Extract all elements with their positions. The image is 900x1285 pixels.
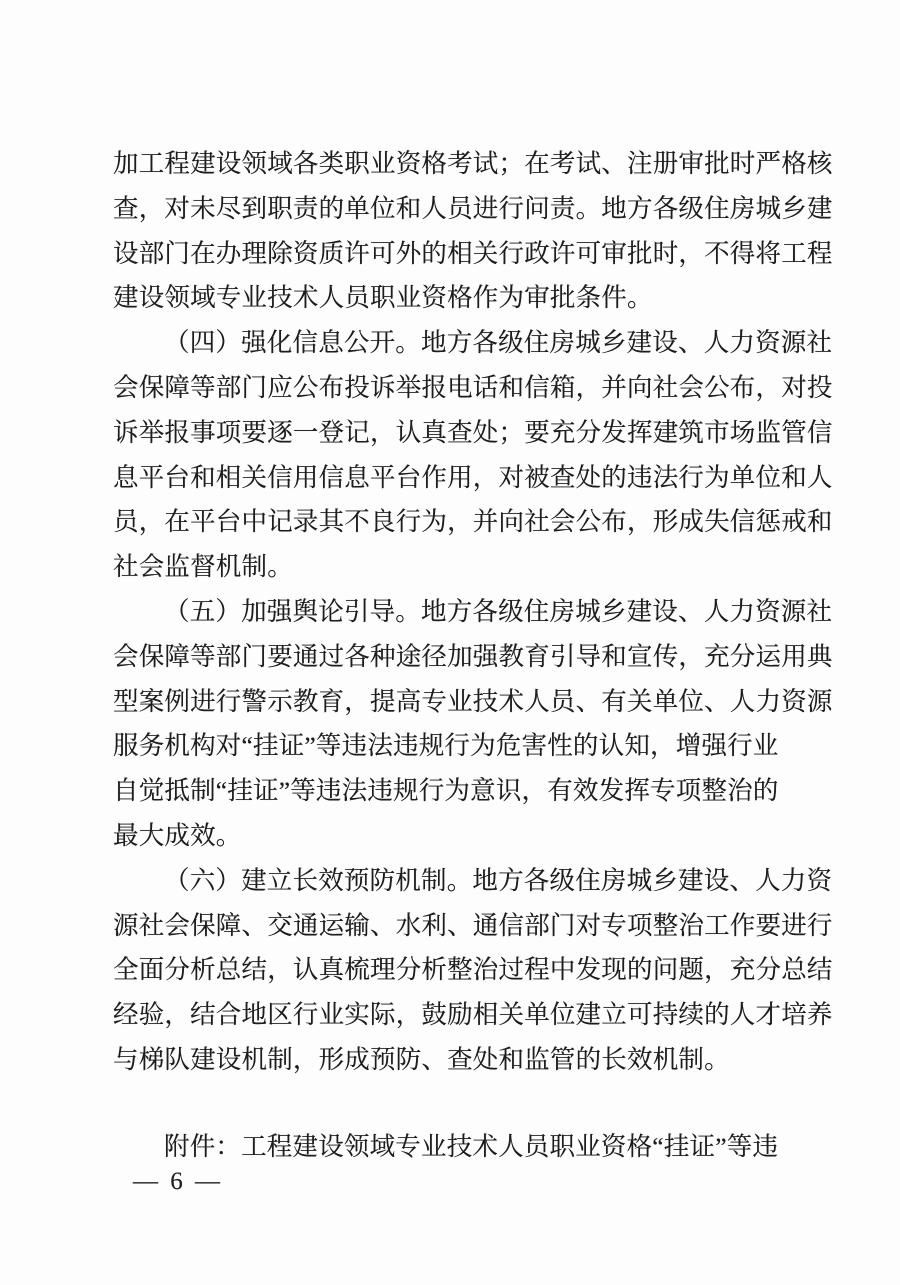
- page-number: — 6 —: [133, 1168, 223, 1196]
- body-line: 诉举报事项要逐一登记，认真查处；要充分发挥建筑市场监管信: [113, 411, 817, 456]
- body-line: 自觉抵制“挂证”等违法违规行为意识，有效发挥专项整治的: [113, 769, 817, 814]
- paragraph-gap: [113, 1083, 817, 1125]
- body-line: （六）建立长效预防机制。地方各级住房城乡建设、人力资: [113, 859, 817, 904]
- body-line: 会保障等部门应公布投诉举报电话和信箱，并向社会公布，对投: [113, 366, 817, 411]
- body-line: 建设领域专业技术人员职业资格作为审批条件。: [113, 276, 817, 321]
- body-line: （四）强化信息公开。地方各级住房城乡建设、人力资源社: [113, 321, 817, 366]
- body-line: 与梯队建设机制，形成预防、查处和监管的长效机制。: [113, 1038, 817, 1083]
- body-line: 社会监督机制。: [113, 545, 817, 590]
- attachment-reference-line: 附件：工程建设领域专业技术人员职业资格“挂证”等违: [113, 1125, 817, 1170]
- document-text-block: 加工程建设领域各类职业资格考试；在考试、注册审批时严格核查，对未尽到职责的单位和…: [113, 142, 817, 1170]
- body-line: 加工程建设领域各类职业资格考试；在考试、注册审批时严格核: [113, 142, 817, 187]
- body-line: 员，在平台中记录其不良行为，并向社会公布，形成失信惩戒和: [113, 500, 817, 545]
- body-line: 型案例进行警示教育，提高专业技术人员、有关单位、人力资源: [113, 680, 817, 725]
- body-line: 息平台和相关信用信息平台作用，对被查处的违法行为单位和人: [113, 456, 817, 501]
- body-line: 设部门在办理除资质许可外的相关行政许可审批时，不得将工程: [113, 232, 817, 277]
- body-line: 服务机构对“挂证”等违法违规行为危害性的认知，增强行业: [113, 724, 817, 769]
- body-line: 源社会保障、交通运输、水利、通信部门对专项整治工作要进行: [113, 904, 817, 949]
- body-line: 最大成效。: [113, 814, 817, 859]
- document-page: 加工程建设领域各类职业资格考试；在考试、注册审批时严格核查，对未尽到职责的单位和…: [0, 0, 900, 1285]
- body-line: （五）加强舆论引导。地方各级住房城乡建设、人力资源社: [113, 590, 817, 635]
- body-line: 经验，结合地区行业实际，鼓励相关单位建立可持续的人才培养: [113, 993, 817, 1038]
- body-line: 查，对未尽到职责的单位和人员进行问责。地方各级住房城乡建: [113, 187, 817, 232]
- body-lines-container: 加工程建设领域各类职业资格考试；在考试、注册审批时严格核查，对未尽到职责的单位和…: [113, 142, 817, 1083]
- body-line: 会保障等部门要通过各种途径加强教育引导和宣传，充分运用典: [113, 635, 817, 680]
- body-line: 全面分析总结，认真梳理分析整治过程中发现的问题，充分总结: [113, 948, 817, 993]
